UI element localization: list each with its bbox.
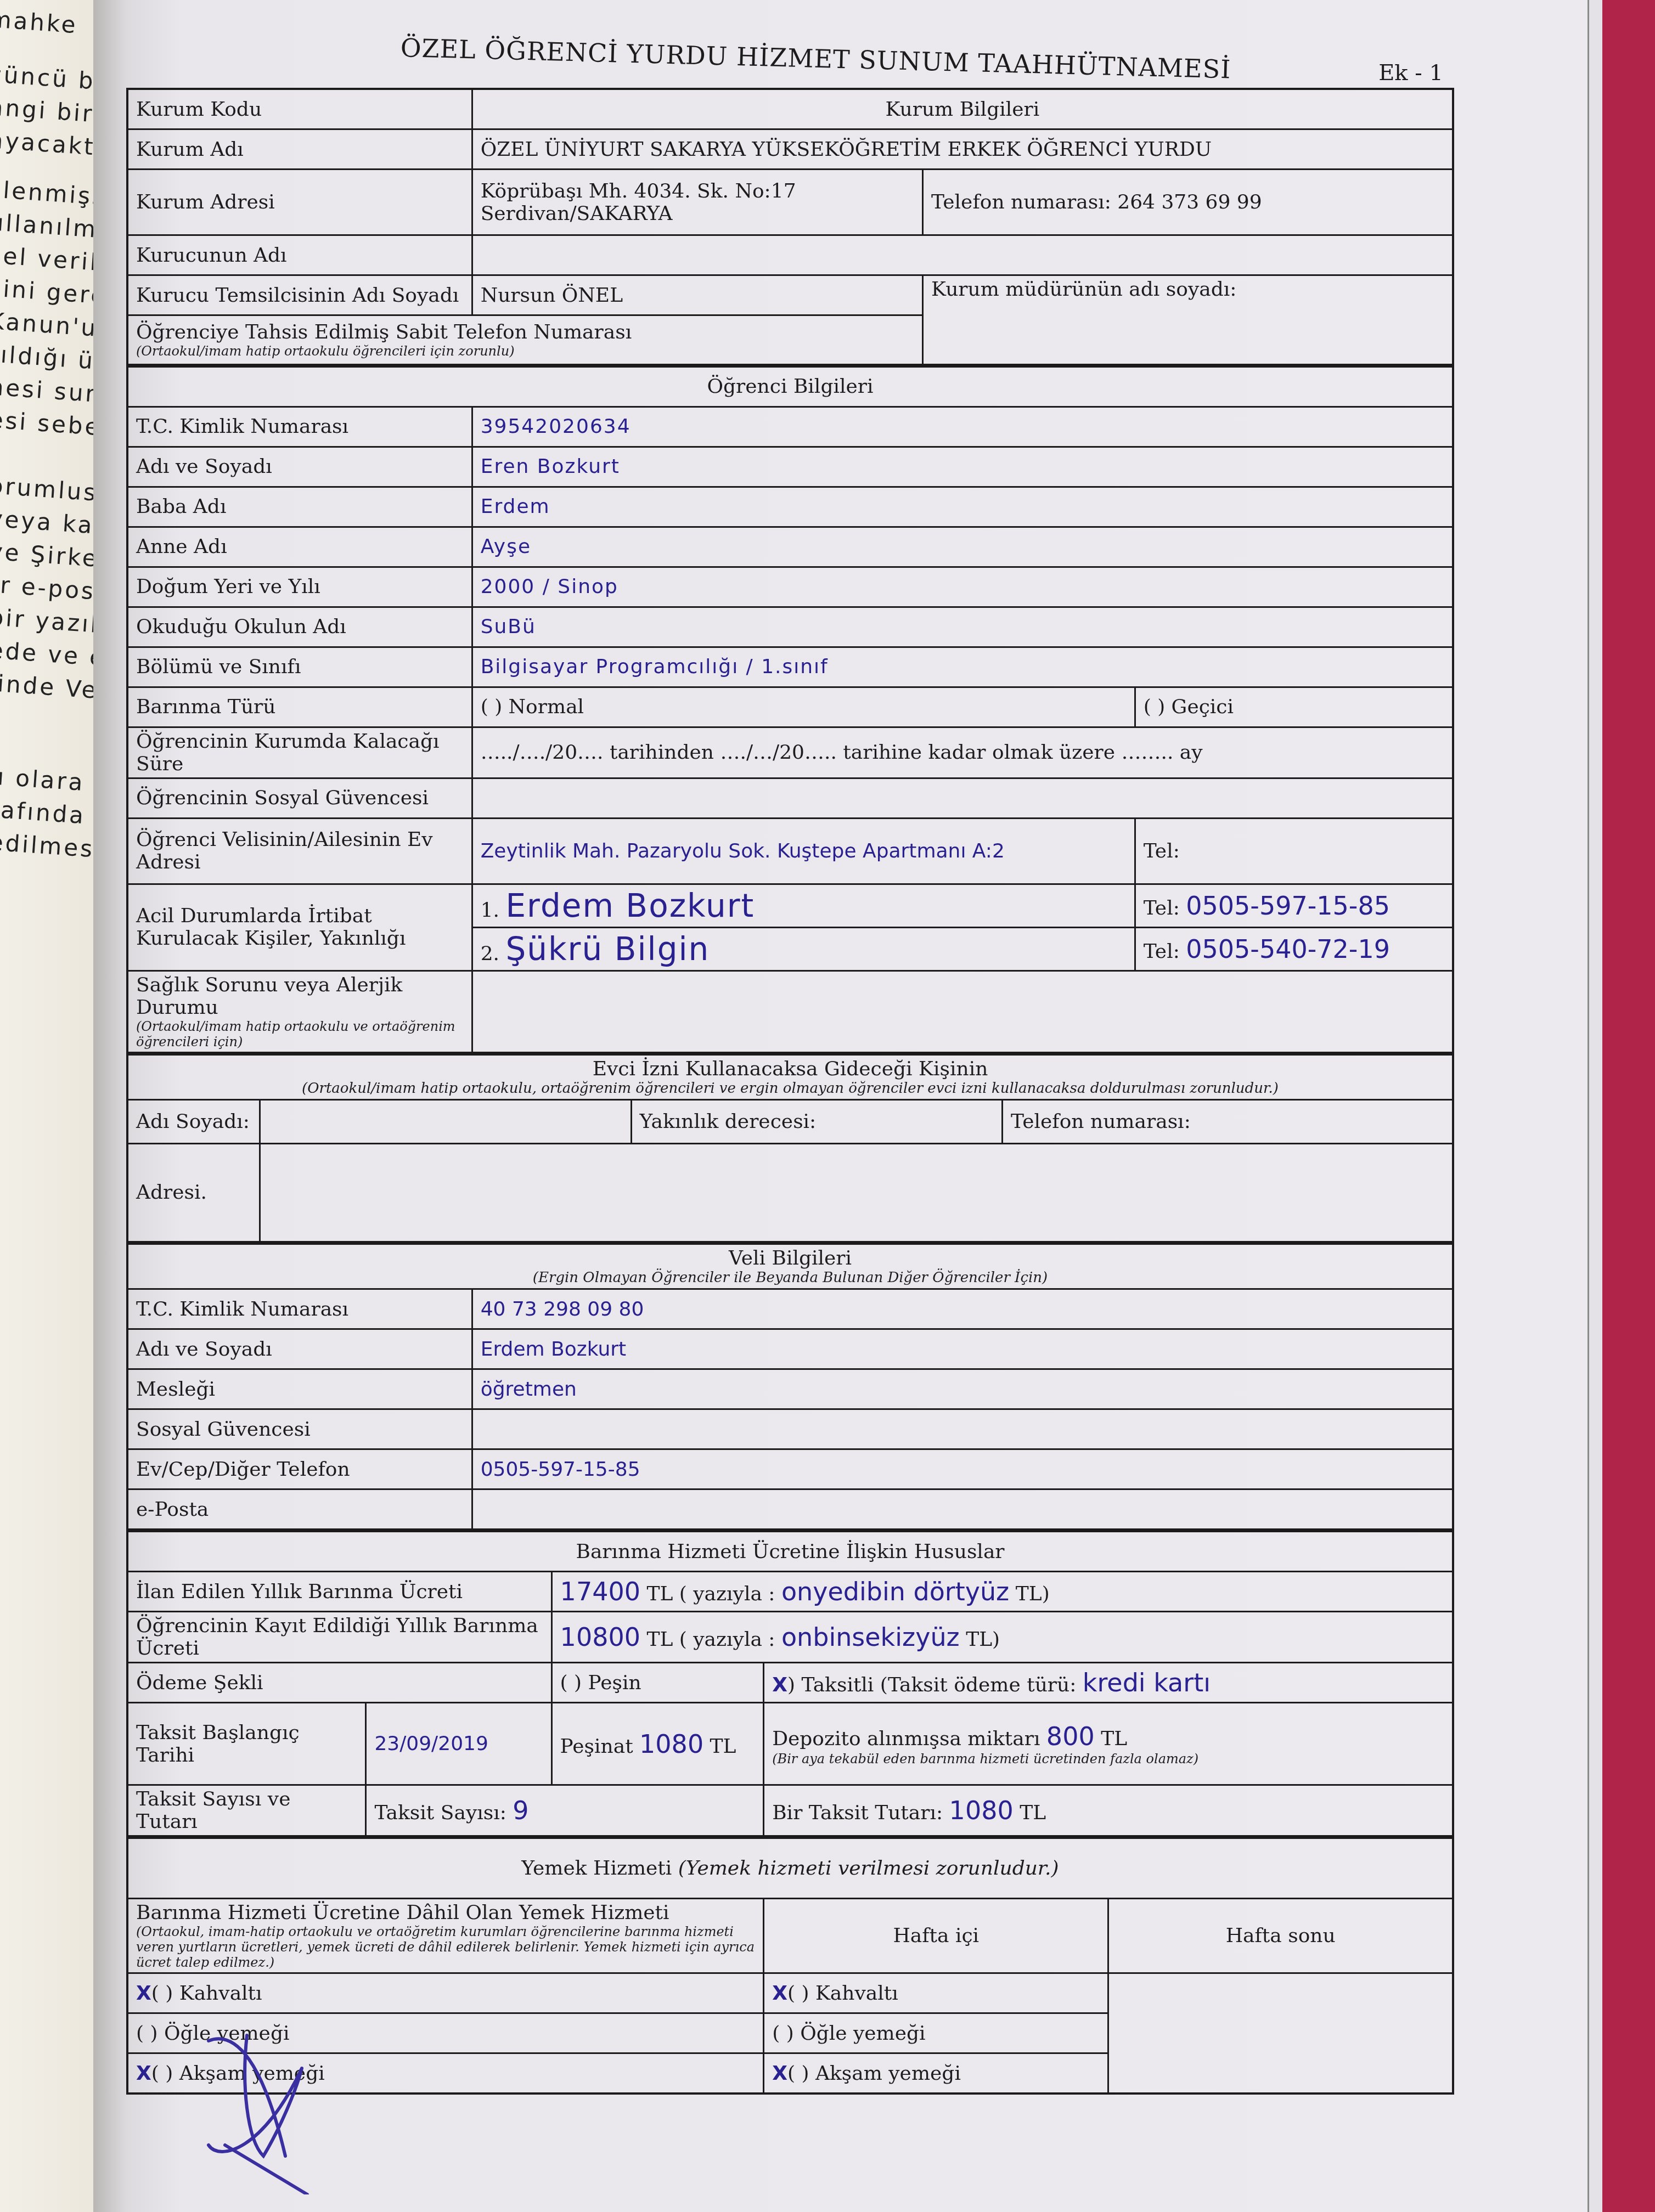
emergency-tel: 0505-540-72-19 — [1186, 934, 1390, 964]
weekday-meal-checkbox[interactable]: X( ) Kahvaltı — [127, 1973, 764, 2013]
enrolled-fee-words: onbinsekizyüz — [781, 1622, 960, 1652]
down-payment-value: 1080 — [639, 1729, 703, 1759]
emergency-contact-1[interactable]: 1. Erdem Bozkurt — [472, 884, 1135, 927]
leave-address-value[interactable] — [260, 1143, 1453, 1242]
announced-fee-words: onyedibin dörtyüz — [781, 1577, 1009, 1606]
home-tel-label: Tel: — [1144, 840, 1180, 862]
payment-installment-option[interactable]: X) Taksitli (Taksit ödeme türü: kredi ka… — [764, 1663, 1453, 1703]
meals-section: Yemek Hizmeti (Yemek hizmeti verilmesi z… — [127, 1838, 1453, 1899]
fees-table: Barınma Hizmeti Ücretine İlişkin Hususla… — [126, 1531, 1454, 1837]
words-suffix: TL) — [966, 1628, 1000, 1651]
back-page-text: bir yazıl — [0, 603, 100, 638]
document-title: ÖZEL ÖĞRENCİ YURDU HİZMET SUNUM TAAHHÜTN… — [400, 33, 1231, 84]
institution-section-title: Kurum Bilgileri — [472, 89, 1453, 129]
guardian-field-label: e-Posta — [127, 1489, 472, 1530]
installment-type: kredi kartı — [1083, 1668, 1211, 1697]
student-field-value[interactable]: 39542020634 — [472, 407, 1453, 447]
housing-normal-option[interactable]: ( ) Normal — [472, 687, 1135, 727]
guardian-field-row: Ev/Cep/Diğer Telefon0505-597-15-85 — [127, 1449, 1453, 1489]
checkbox-mark-icon: X — [772, 1982, 787, 2005]
director-field[interactable]: Kurum müdürünün adı soyadı: — [923, 275, 1453, 365]
student-field-value[interactable]: Erdem — [472, 487, 1453, 527]
institution-code-label: Kurum Kodu — [127, 89, 472, 129]
guardian-field-row: Adı ve SoyadıErdem Bozkurt — [127, 1329, 1453, 1369]
leave-name-value[interactable] — [260, 1099, 631, 1143]
meal-name: Öğle yemeği — [800, 2022, 925, 2045]
emergency-tel-1[interactable]: Tel: 0505-597-15-85 — [1135, 884, 1453, 927]
payment-method-label: Ödeme Şekli — [127, 1663, 551, 1703]
meal-name: Akşam yemeği — [815, 2062, 961, 2085]
back-page-text: linde Ve — [0, 669, 99, 704]
fixed-phone-field[interactable]: Öğrenciye Tahsis Edilmiş Sabit Telefon N… — [127, 315, 923, 365]
meal-name: Kahvaltı — [815, 1982, 898, 2005]
student-field-row: Baba AdıErdem — [127, 487, 1453, 527]
enrolled-fee[interactable]: 10800 TL ( yazıyla : onbinsekizyüz TL) — [551, 1612, 1453, 1663]
emergency-contact-2[interactable]: 2. Şükrü Bilgin — [472, 927, 1135, 970]
guardian-field-value[interactable] — [472, 1489, 1453, 1530]
student-field-value[interactable]: Ayşe — [472, 527, 1453, 567]
leave-relation-label[interactable]: Yakınlık derecesi: — [631, 1099, 1002, 1143]
guardian-section-note: (Ergin Olmayan Öğrenciler ile Beyanda Bu… — [136, 1269, 1444, 1286]
guardian-field-value[interactable] — [472, 1409, 1453, 1449]
deposit-label: Depozito alınmışsa miktarı — [772, 1728, 1040, 1750]
guardian-field-row: T.C. Kimlik Numarası40 73 298 09 80 — [127, 1289, 1453, 1329]
installment-count-inline-label: Taksit Sayısı: — [374, 1802, 506, 1824]
included-meals-note: (Ortaokul, imam-hatip ortaokulu ve ortaö… — [136, 1924, 755, 1970]
student-field-value[interactable]: Eren Bozkurt — [472, 447, 1453, 487]
installment-amount-label: Bir Taksit Tutarı: — [772, 1802, 943, 1824]
student-field-label: Okuduğu Okulun Adı — [127, 607, 472, 647]
back-page-text: tr e-pos — [0, 571, 97, 605]
deposit-note: (Bir aya tekabül eden barınma hizmeti üc… — [772, 1751, 1444, 1767]
student-field-value[interactable]: Bilgisayar Programcılığı / 1.sınıf — [472, 647, 1453, 687]
installment-amount[interactable]: Bir Taksit Tutarı: 1080 TL — [764, 1785, 1453, 1837]
student-field-label: T.C. Kimlik Numarası — [127, 407, 472, 447]
housing-type-label: Barınma Türü — [127, 687, 472, 727]
address-line-2: Serdivan/SAKARYA — [481, 202, 914, 225]
installment-option-label: ) Taksitli (Taksit ödeme türü: — [787, 1674, 1076, 1696]
checkbox-mark-icon: X — [772, 2062, 787, 2085]
weekend-meal-checkbox[interactable]: X( ) Akşam yemeği — [764, 2053, 1108, 2094]
health-value[interactable] — [472, 970, 1453, 1053]
student-field-label: Adı ve Soyadı — [127, 447, 472, 487]
back-page-text: mahke — [0, 5, 78, 38]
form-sheet: ÖZEL ÖĞRENCİ YURDU HİZMET SUNUM TAAHHÜTN… — [93, 0, 1602, 2212]
back-page-text: rafında — [0, 795, 87, 829]
home-tel[interactable]: Tel: — [1135, 818, 1453, 884]
leave-section: Evci İzni Kullanacaksa Gideceği Kişinin … — [127, 1054, 1453, 1099]
deposit-value: 800 — [1046, 1722, 1095, 1751]
student-field-row: Doğum Yeri ve Yılı2000 / Sinop — [127, 567, 1453, 607]
director-label: Kurum müdürünün adı soyadı: — [931, 278, 1236, 301]
enrolled-fee-value: 10800 — [560, 1622, 640, 1652]
guardian-field-row: Sosyal Güvencesi — [127, 1409, 1453, 1449]
health-label-text: Sağlık Sorunu veya Alerjik Durumu — [136, 974, 402, 1019]
tel-label: Tel: — [1144, 897, 1180, 919]
student-field-row: Bölümü ve SınıfıBilgisayar Programcılığı… — [127, 647, 1453, 687]
student-field-row: Adı ve SoyadıEren Bozkurt — [127, 447, 1453, 487]
fixed-phone-label: Öğrenciye Tahsis Edilmiş Sabit Telefon N… — [136, 321, 632, 343]
student-table: Öğrenci Bilgileri T.C. Kimlik Numarası39… — [126, 366, 1454, 1054]
guardian-field-label: T.C. Kimlik Numarası — [127, 1289, 472, 1329]
institution-name: ÖZEL ÜNİYURT SAKARYA YÜKSEKÖĞRETİM ERKEK… — [472, 129, 1453, 170]
health-note: (Ortaokul/imam hatip ortaokulu ve ortaöğ… — [136, 1019, 464, 1049]
back-page-text: ve Şirke — [0, 538, 100, 572]
student-social-security-value[interactable] — [472, 778, 1453, 818]
weekday-header: Hafta içi — [764, 1899, 1108, 1973]
currency: TL — [1020, 1802, 1046, 1824]
announced-fee-label: İlan Edilen Yıllık Barınma Ücreti — [127, 1572, 551, 1612]
back-page-text: ede ve e — [0, 636, 107, 672]
included-meals-label: Barınma Hizmeti Ücretine Dâhil Olan Yeme… — [127, 1899, 764, 1973]
installment-count[interactable]: Taksit Sayısı: 9 — [366, 1785, 764, 1837]
guardian-section: Veli Bilgileri (Ergin Olmayan Öğrenciler… — [127, 1244, 1453, 1289]
student-field-value[interactable]: 2000 / Sinop — [472, 567, 1453, 607]
guardian-field-label: Adı ve Soyadı — [127, 1329, 472, 1369]
emergency-name: Şükrü Bilgin — [505, 930, 710, 968]
guardian-field-label: Mesleği — [127, 1369, 472, 1409]
representative-label: Kurucu Temsilcisinin Adı Soyadı — [127, 275, 472, 315]
home-address-label: Öğrenci Velisinin/Ailesinin Ev Adresi — [127, 818, 472, 884]
leave-address-label: Adresi. — [127, 1143, 260, 1242]
guardian-field-label: Ev/Cep/Diğer Telefon — [127, 1449, 472, 1489]
founder-value[interactable] — [472, 235, 1453, 275]
included-meals-title: Barınma Hizmeti Ücretine Dâhil Olan Yeme… — [136, 1901, 669, 1924]
guardian-field-row: Mesleğiöğretmen — [127, 1369, 1453, 1409]
meal-row: X( ) KahvaltıX( ) Kahvaltı — [127, 1973, 1453, 2013]
founder-label: Kurucunun Adı — [127, 235, 472, 275]
guardian-section-title: Veli Bilgileri — [729, 1247, 852, 1269]
tel-label: Tel: — [1144, 940, 1180, 963]
guardian-field-value[interactable]: Erdem Bozkurt — [472, 1329, 1453, 1369]
document: ÖZEL ÖĞRENCİ YURDU HİZMET SUNUM TAAHHÜTN… — [126, 27, 1454, 2095]
guardian-field-value[interactable]: 40 73 298 09 80 — [472, 1289, 1453, 1329]
currency: TL — [710, 1735, 736, 1758]
installment-start-label: Taksit Başlangıç Tarihi — [127, 1703, 366, 1785]
guardian-field-label: Sosyal Güvencesi — [127, 1409, 472, 1449]
installment-count-label: Taksit Sayısı ve Tutarı — [127, 1785, 366, 1837]
emergency-tel-2[interactable]: Tel: 0505-540-72-19 — [1135, 927, 1453, 970]
student-field-label: Bölümü ve Sınıfı — [127, 647, 472, 687]
meals-section-note: (Yemek hizmeti verilmesi zorunludur.) — [678, 1857, 1059, 1880]
institution-phone: Telefon numarası: 264 373 69 99 — [923, 170, 1453, 235]
weekend-header: Hafta sonu — [1108, 1899, 1453, 1973]
back-page-text: edilmes — [0, 828, 95, 862]
checkbox-mark-icon: X — [136, 1982, 151, 2005]
home-address-value[interactable]: Zeytinlik Mah. Pazaryolu Sok. Kuştepe Ap… — [472, 818, 1135, 884]
meal-name: Kahvaltı — [179, 1982, 262, 2005]
words-prefix: TL ( yazıyla : — [646, 1628, 775, 1651]
emergency-tel: 0505-597-15-85 — [1186, 891, 1390, 921]
leave-name-label: Adı Soyadı: — [127, 1099, 260, 1143]
deposit[interactable]: Depozito alınmışsa miktarı 800 TL (Bir a… — [764, 1703, 1453, 1785]
institution-address: Köprübaşı Mh. 4034. Sk. No:17 Serdivan/S… — [472, 170, 922, 235]
words-suffix: TL) — [1016, 1583, 1050, 1605]
fixed-phone-note: (Ortaokul/imam hatip ortaokulu öğrencile… — [136, 343, 914, 359]
guardian-table: Veli Bilgileri (Ergin Olmayan Öğrenciler… — [126, 1243, 1454, 1531]
address-line-1: Köprübaşı Mh. 4034. Sk. No:17 — [481, 180, 914, 202]
student-field-value[interactable]: SuBü — [472, 607, 1453, 647]
back-page-text: lı olara — [0, 763, 86, 796]
student-field-label: Baba Adı — [127, 487, 472, 527]
student-field-label: Anne Adı — [127, 527, 472, 567]
down-payment[interactable]: Peşinat 1080 TL — [551, 1703, 764, 1785]
emergency-name: Erdem Bozkurt — [505, 887, 755, 924]
announced-fee-value: 17400 — [560, 1577, 640, 1606]
representative-value: Nursun ÖNEL — [472, 275, 922, 315]
announced-fee[interactable]: 17400 TL ( yazıyla : onyedibin dörtyüz T… — [551, 1572, 1453, 1612]
institution-table: Kurum Kodu Kurum Bilgileri Kurum Adı ÖZE… — [126, 88, 1454, 366]
checkmark-x-icon: X — [772, 1674, 787, 1696]
installment-start-value[interactable]: 23/09/2019 — [366, 1703, 551, 1785]
emergency-index: 1. — [481, 899, 499, 922]
down-payment-label: Peşinat — [560, 1735, 633, 1758]
words-prefix: TL ( yazıyla : — [646, 1583, 775, 1605]
guardian-field-value[interactable]: öğretmen — [472, 1369, 1453, 1409]
weekend-meal-checkbox[interactable]: ( ) Öğle yemeği — [764, 2013, 1108, 2053]
fees-section-title: Barınma Hizmeti Ücretine İlişkin Hususla… — [127, 1532, 1453, 1572]
student-field-row: Anne AdıAyşe — [127, 527, 1453, 567]
installment-count-value: 9 — [513, 1796, 528, 1825]
stay-duration-value[interactable]: …../…./20…. tarihinden …./…/20….. tarihi… — [472, 727, 1453, 778]
institution-address-label: Kurum Adresi — [127, 170, 472, 235]
enrolled-fee-label: Öğrencinin Kayıt Edildiği Yıllık Barınma… — [127, 1612, 551, 1663]
institution-name-label: Kurum Adı — [127, 129, 472, 170]
annex-label: Ek - 1 — [1378, 60, 1443, 86]
leave-section-note: (Ortaokul/imam hatip ortaokulu, ortaöğre… — [136, 1080, 1444, 1097]
guardian-field-row: e-Posta — [127, 1489, 1453, 1530]
student-field-row: Okuduğu Okulun AdıSuBü — [127, 607, 1453, 647]
emergency-index: 2. — [481, 943, 499, 965]
leave-table: Evci İzni Kullanacaksa Gideceği Kişinin … — [126, 1054, 1454, 1244]
guardian-field-value[interactable]: 0505-597-15-85 — [472, 1449, 1453, 1489]
student-field-row: T.C. Kimlik Numarası39542020634 — [127, 407, 1453, 447]
health-label: Sağlık Sorunu veya Alerjik Durumu (Ortao… — [127, 970, 472, 1053]
student-section-title: Öğrenci Bilgileri — [127, 366, 1453, 407]
payment-cash-option[interactable]: ( ) Peşin — [551, 1663, 764, 1703]
sheet-edge — [1588, 0, 1602, 2212]
leave-phone-label[interactable]: Telefon numarası: — [1003, 1099, 1453, 1143]
student-field-label: Doğum Yeri ve Yılı — [127, 567, 472, 607]
student-social-security-label: Öğrencinin Sosyal Güvencesi — [127, 778, 472, 818]
currency: TL — [1101, 1728, 1127, 1750]
back-page-text: Kanun'u — [0, 307, 99, 342]
stay-duration-label: Öğrencinin Kurumda Kalacağı Süre — [127, 727, 472, 778]
housing-temporary-option[interactable]: ( ) Geçici — [1135, 687, 1453, 727]
meals-section-title: Yemek Hizmeti — [521, 1857, 672, 1880]
leave-section-title: Evci İzni Kullanacaksa Gideceği Kişinin — [593, 1058, 988, 1080]
checkbox-mark-icon: X — [136, 2062, 151, 2085]
installment-amount-value: 1080 — [949, 1796, 1014, 1825]
emergency-label: Acil Durumlarda İrtibat Kurulacak Kişile… — [127, 884, 472, 970]
signature — [203, 2019, 434, 2194]
weekend-meal-checkbox[interactable]: X( ) Kahvaltı — [764, 1973, 1108, 2013]
